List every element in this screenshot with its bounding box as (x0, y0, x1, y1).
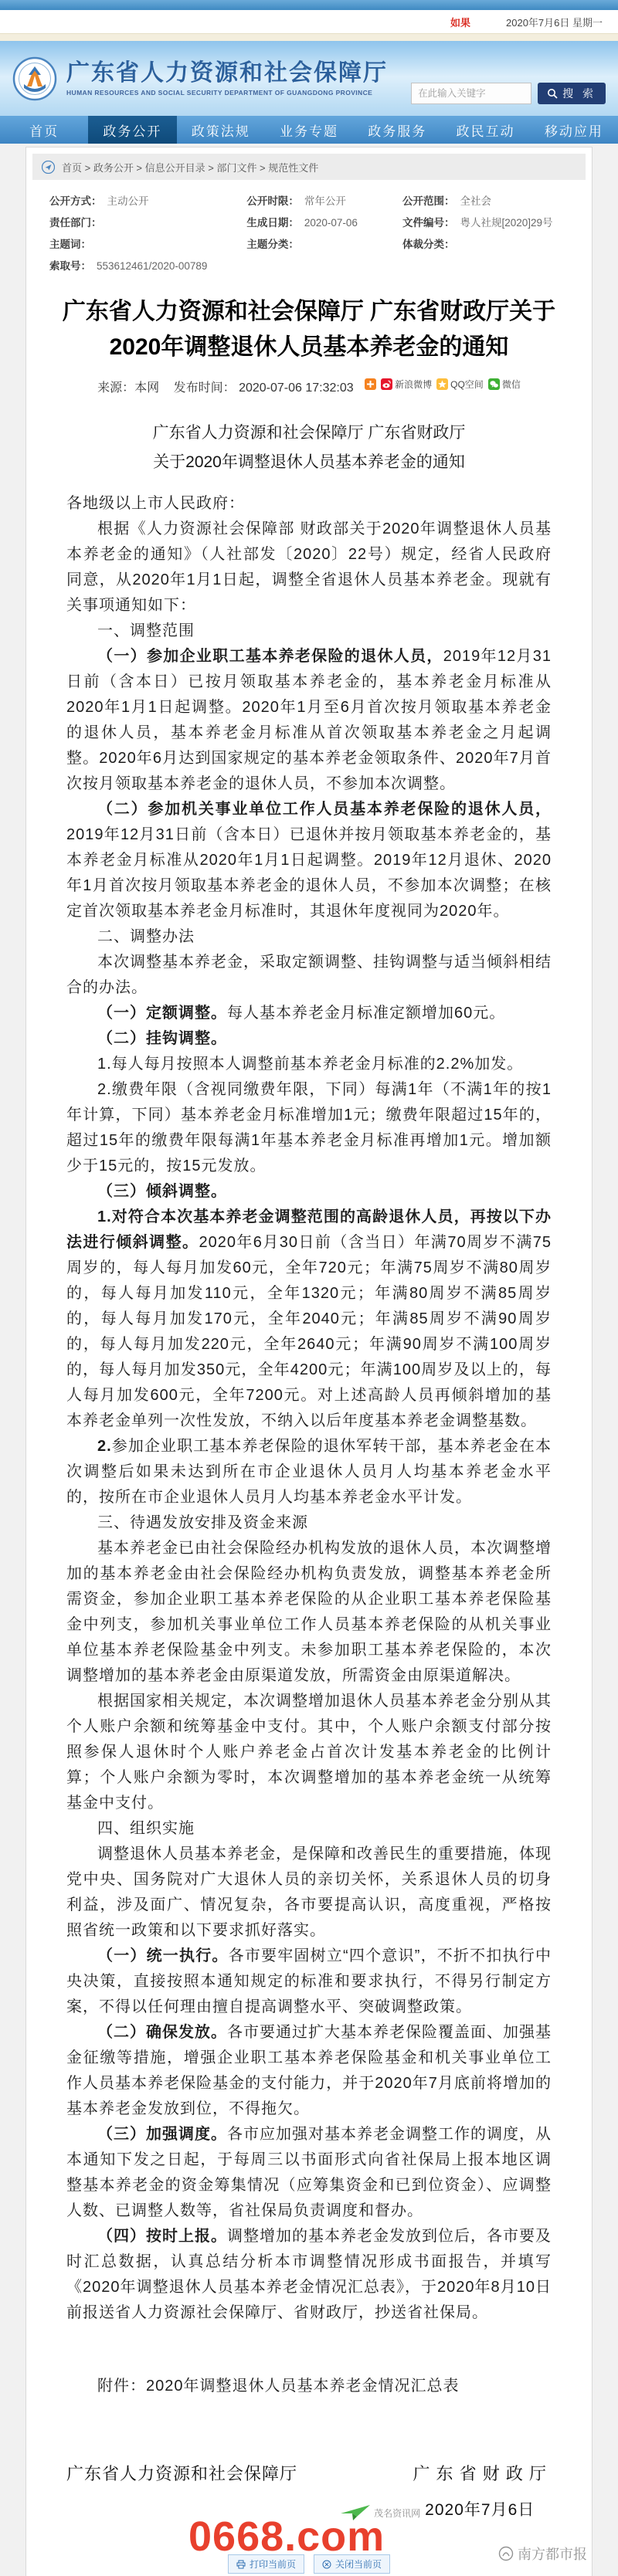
meta-field-7: 主题分类： (246, 236, 402, 251)
paragraph-segment: 2019年12月31日前（含本日）已按月领取基本养老金的，基本养老金月标准从20… (66, 648, 552, 792)
nav-item-3[interactable]: 业务专题 (265, 116, 353, 144)
meta-value: 常年公开 (304, 195, 346, 207)
meta-value: 553612461/2020-00789 (97, 260, 207, 272)
signature-block: 广东省人力资源和社会保障厅 广 东 省 财 政 厅 2020年7月6日 (66, 2461, 547, 2520)
article-paragraph-8: （二）挂钩调整。 (66, 1026, 552, 1052)
meta-label: 责任部门： (49, 217, 102, 229)
agency-name-en: HUMAN RESOURCES AND SOCIAL SECURITY DEPA… (66, 89, 388, 97)
newspaper-logo-icon (498, 2546, 514, 2561)
share-bar: 新浪微博 QQ空间 微信 (365, 378, 521, 391)
share-weibo-label: 新浪微博 (395, 378, 432, 391)
paragraph-bold-segment: （一）参加企业职工基本养老保险的退休人员， (97, 648, 443, 665)
agency-emblem-logo (12, 56, 57, 101)
article-paragraph-18: 调整退休人员基本养老金，是保障和改善民生的重要措施，体现党中央、国务院对广大退休… (66, 1842, 552, 1944)
main-navigation: 首页政务公开政策法规业务专题政务服务政民互动移动应用 (0, 116, 618, 144)
meta-field-3: 责任部门： (49, 214, 246, 229)
meta-value: 粤人社规[2020]29号 (460, 217, 552, 229)
meta-label: 公开方式： (49, 195, 102, 207)
paragraph-bold-segment: （二）挂钩调整。 (97, 1030, 227, 1047)
article-paragraph-1: 根据《人力资源社会保障部 财政部关于2020年调整退休人员基本养老金的通知》（人… (66, 517, 552, 619)
article-paragraph-0: 各地级以上市人民政府： (66, 491, 552, 517)
close-page-button[interactable]: 关闭当前页 (314, 2554, 390, 2574)
page-action-buttons: 打印当前页 关闭当前页 (228, 2554, 390, 2574)
article-paragraph-19: （一）统一执行。各市要牢固树立“四个意识”，不折不扣执行中央决策，直接按照本通知… (66, 1944, 552, 2020)
document-heading-line2: 关于2020年调整退休人员基本养老金的通知 (26, 448, 592, 477)
paragraph-segment: 各地级以上市人民政府： (66, 495, 245, 512)
share-qzone-button[interactable]: QQ空间 (436, 378, 484, 391)
paragraph-segment: 根据国家相关规定，本次调整增加退休人员基本养老金分别从其个人账户余额和统筹基金中… (66, 1693, 552, 1812)
article-paragraph-3: （一）参加企业职工基本养老保险的退休人员，2019年12月31日前（含本日）已按… (66, 644, 552, 797)
publish-time-label: 发布时间： 2020-07-06 17:32:03 (174, 381, 354, 395)
site-watermark-0668: 0668.com 茂名资讯网 (188, 2518, 385, 2556)
share-qzone-label: QQ空间 (450, 378, 484, 391)
article-paragraph-17: 四、组织实施 (66, 1816, 552, 1842)
meta-value: 2020-07-06 (304, 217, 358, 229)
meta-field-4: 生成日期：2020-07-06 (246, 214, 402, 229)
attachment-line: 附件：2020年调整退休人员基本养老金情况汇总表 (66, 2374, 552, 2399)
paragraph-segment: 本次调整基本养老金，采取定额调整、挂钩调整与适当倾斜相结合的办法。 (66, 954, 552, 996)
paragraph-segment: 参加企业职工基本养老保险的退休军转干部，基本养老金在本次调整后如果未达到所在市企… (66, 1438, 552, 1506)
meta-label: 索取号： (49, 260, 91, 272)
close-icon (322, 2560, 331, 2569)
source-label: 来源：本网 (97, 381, 159, 395)
site-header: 广东省人力资源和社会保障厅 HUMAN RESOURCES AND SOCIAL… (0, 41, 618, 116)
meta-label: 主题词： (49, 239, 91, 250)
paragraph-segment: 二、调整办法 (97, 928, 195, 945)
paragraph-segment: 调整退休人员基本养老金，是保障和改善民生的重要措施，体现党中央、国务院对广大退休… (66, 1846, 552, 1939)
divider-strip (0, 33, 618, 41)
breadcrumb-text: 首页 > 政务公开 > 信息公开目录 > 部门文件 > 规范性文件 (62, 160, 318, 175)
content-panel: 首页 > 政务公开 > 信息公开目录 > 部门文件 > 规范性文件 公开方式：主… (25, 147, 593, 2576)
meta-label: 公开范围： (402, 195, 455, 207)
search-icon (547, 88, 558, 99)
article-title: 广东省人力资源和社会保障厅 广东省财政厅关于2020年调整退休人员基本养老金的通… (59, 294, 559, 365)
nav-item-4[interactable]: 政务服务 (353, 116, 441, 144)
paragraph-bold-segment: （二）确保发放。 (97, 2024, 227, 2041)
watermark-0668-top: 茂名资讯网 (340, 2504, 420, 2521)
agency-name-cn: 广东省人力资源和社会保障厅 (66, 60, 388, 86)
top-notice-text: 如果 (450, 15, 470, 29)
article-paragraph-4: （二）参加机关事业单位工作人员基本养老保险的退休人员，2019年12月31日前（… (66, 797, 552, 924)
meta-label: 主题分类： (246, 239, 299, 250)
search-input[interactable] (411, 83, 531, 104)
wechat-icon (488, 378, 500, 390)
share-more-icon (365, 378, 376, 390)
breadcrumb-home-icon (42, 161, 55, 174)
printer-icon (236, 2560, 246, 2569)
meta-label: 文件编号： (402, 217, 455, 229)
article-paragraph-20: （二）确保发放。各市要通过扩大基本养老保险覆盖面、加强基金征缴等措施，增强企业职… (66, 2020, 552, 2122)
article-paragraph-11: （三）倾斜调整。 (66, 1179, 552, 1205)
meta-value: 主动公开 (107, 195, 149, 207)
paragraph-bold-segment: （三）倾斜调整。 (97, 1183, 227, 1200)
paragraph-segment: 2019年12月31日前（含本日）已退休并按月领取基本养老金的，基本养老金月标准… (66, 826, 552, 920)
close-page-label: 关闭当前页 (335, 2557, 382, 2571)
article-paragraph-6: 本次调整基本养老金，采取定额调整、挂钩调整与适当倾斜相结合的办法。 (66, 950, 552, 1001)
newspaper-watermark: 南方都市报 (498, 2544, 587, 2564)
paragraph-segment: 每人基本养老金月标准定额增加60元。 (227, 1005, 505, 1022)
article-paragraph-2: 一、调整范围 (66, 619, 552, 644)
qzone-icon (436, 378, 448, 390)
nav-item-6[interactable]: 移动应用 (530, 116, 618, 144)
document-meta-table: 公开方式：主动公开公开时限：常年公开公开范围：全社会责任部门：生成日期：2020… (49, 192, 569, 273)
meta-field-2: 公开范围：全社会 (402, 192, 569, 208)
signature-left-org: 广东省人力资源和社会保障厅 (66, 2461, 297, 2485)
nav-item-0[interactable]: 首页 (0, 116, 88, 144)
article-paragraph-12: 1.对符合本次基本养老金调整范围的高龄退休人员，再按以下办法进行倾斜调整。202… (66, 1205, 552, 1434)
signature-right-org: 广 东 省 财 政 厅 (413, 2461, 547, 2485)
top-blue-strip (0, 0, 618, 10)
meta-label: 生成日期： (246, 217, 299, 229)
weibo-icon (381, 378, 392, 390)
paragraph-bold-segment: （一）统一执行。 (97, 1947, 229, 1964)
meta-field-9: 索取号：553612461/2020-00789 (49, 257, 246, 273)
share-more-button[interactable] (365, 378, 376, 390)
article-paragraph-13: 2.参加企业职工基本养老保险的退休军转干部，基本养老金在本次调整后如果未达到所在… (66, 1434, 552, 1510)
share-weibo-button[interactable]: 新浪微博 (381, 378, 432, 391)
signature-date: 2020年7月6日 (413, 2497, 547, 2520)
article-paragraph-15: 基本养老金已由社会保险经办机构发放的退休人员，本次调整增加的基本养老金由社会保险… (66, 1536, 552, 1689)
meta-label: 体裁分类： (402, 239, 455, 250)
print-page-button[interactable]: 打印当前页 (228, 2554, 304, 2574)
watermark-0668-subtitle: 茂名资讯网 (374, 2507, 420, 2520)
article-source-bar: 来源：本网 发布时间： 2020-07-06 17:32:03 新浪微博 (26, 378, 592, 395)
paragraph-segment: 2.缴费年限（含视同缴费年限，下同）每满1年（不满1年的按1年计算，下同）基本养… (66, 1081, 552, 1174)
article-paragraph-16: 根据国家相关规定，本次调整增加退休人员基本养老金分别从其个人账户余额和统筹基金中… (66, 1689, 552, 1816)
watermark-0668-text: 0668.com (188, 2518, 385, 2556)
meta-field-5: 文件编号：粤人社规[2020]29号 (402, 214, 569, 229)
share-wechat-button[interactable]: 微信 (488, 378, 521, 391)
paragraph-segment: 基本养老金已由社会保险经办机构发放的退休人员，本次调整增加的基本养老金由社会保险… (66, 1540, 552, 1684)
top-utility-bar: 如果 2020年7月6日 星期一 (0, 10, 618, 33)
article-paragraph-22: （四）按时上报。调整增加的基本养老金发放到位后，各市要及时汇总数据，认真总结分析… (66, 2224, 552, 2326)
nav-item-1[interactable]: 政务公开 (88, 116, 176, 144)
paragraph-segment: 一、调整范围 (97, 622, 195, 639)
search-box: 搜 索 (411, 83, 606, 104)
article-body: 各地级以上市人民政府：根据《人力资源社会保障部 财政部关于2020年调整退休人员… (66, 491, 552, 2326)
nav-item-2[interactable]: 政策法规 (177, 116, 265, 144)
share-wechat-label: 微信 (502, 378, 521, 391)
search-button[interactable]: 搜 索 (538, 83, 606, 104)
meta-field-6: 主题词： (49, 236, 246, 251)
paragraph-segment: 1.每人每月按照本人调整前基本养老金月标准的2.2%加发。 (97, 1056, 523, 1073)
paragraph-bold-segment: 2. (97, 1438, 112, 1455)
document-heading-line1: 广东省人力资源和社会保障厅 广东省财政厅 (26, 419, 592, 448)
meta-field-8: 体裁分类： (402, 236, 569, 251)
meta-field-1: 公开时限：常年公开 (246, 192, 402, 208)
paragraph-segment: 根据《人力资源社会保障部 财政部关于2020年调整退休人员基本养老金的通知》（人… (66, 520, 552, 614)
paragraph-bold-segment: （一）定额调整。 (97, 1005, 227, 1022)
signature-right-block: 广 东 省 财 政 厅 2020年7月6日 (413, 2461, 547, 2520)
paragraph-bold-segment: （四）按时上报。 (97, 2228, 227, 2245)
newspaper-watermark-text: 南方都市报 (518, 2544, 587, 2564)
paper-plane-icon (340, 2504, 371, 2521)
article-paragraph-9: 1.每人每月按照本人调整前基本养老金月标准的2.2%加发。 (66, 1052, 552, 1077)
meta-label: 公开时限： (246, 195, 299, 207)
paragraph-bold-segment: （二）参加机关事业单位工作人员基本养老保险的退休人员， (97, 801, 552, 818)
breadcrumb[interactable]: 首页 > 政务公开 > 信息公开目录 > 部门文件 > 规范性文件 (32, 154, 586, 180)
search-button-label: 搜 索 (562, 86, 596, 101)
meta-value: 全社会 (460, 195, 491, 207)
page: 如果 2020年7月6日 星期一 广东省人力资源和社会保障厅 HUMAN RES… (0, 0, 618, 2576)
article-paragraph-21: （三）加强调度。各市应加强对基本养老金调整工作的调度，从本通知下发之日起，于每周… (66, 2122, 552, 2224)
paragraph-segment: 四、组织实施 (97, 1820, 195, 1837)
print-page-label: 打印当前页 (250, 2557, 296, 2571)
current-date: 2020年7月6日 星期一 (506, 15, 603, 29)
paragraph-segment: 三、待遇发放安排及资金来源 (97, 1514, 308, 1531)
site-title-block: 广东省人力资源和社会保障厅 HUMAN RESOURCES AND SOCIAL… (66, 60, 388, 97)
meta-field-0: 公开方式：主动公开 (49, 192, 246, 208)
article-paragraph-10: 2.缴费年限（含视同缴费年限，下同）每满1年（不满1年的按1年计算，下同）基本养… (66, 1077, 552, 1179)
article-paragraph-14: 三、待遇发放安排及资金来源 (66, 1510, 552, 1536)
paragraph-bold-segment: （三）加强调度。 (97, 2126, 227, 2143)
nav-item-5[interactable]: 政民互动 (441, 116, 529, 144)
article-paragraph-5: 二、调整办法 (66, 924, 552, 950)
article-paragraph-7: （一）定额调整。每人基本养老金月标准定额增加60元。 (66, 1001, 552, 1026)
paragraph-segment: 2020年6月30日前（含当日）年满70周岁不满75周岁的，每人每月加发60元，… (66, 1234, 552, 1429)
document-heading: 广东省人力资源和社会保障厅 广东省财政厅 关于2020年调整退休人员基本养老金的… (26, 419, 592, 477)
